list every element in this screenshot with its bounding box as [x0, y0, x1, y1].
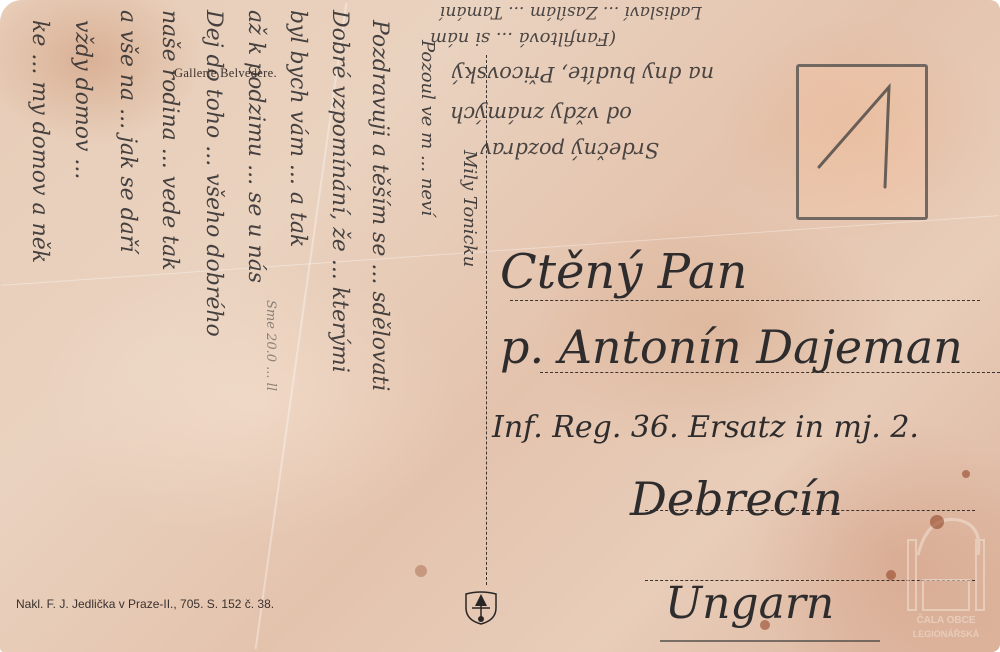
publisher-logo-icon [462, 586, 500, 626]
postcard-back: ke ... my domov a něk vždy domov ... a v… [0, 0, 1000, 652]
handwritten-column: byl bych vám ... a tak [285, 10, 310, 247]
handwritten-column: a vše na ... jak se daří [115, 10, 140, 252]
printed-caption: Gallerie Belvedere. [174, 66, 277, 81]
handwritten-column: Pozdravuji a těším se ... sdělovati [367, 20, 392, 391]
pencil-note: Sme 20.0 ... ll [263, 300, 278, 391]
divider-line [486, 55, 487, 585]
stain [886, 570, 896, 580]
legion-watermark-icon: ČALA OBCE LEGIONÁŘSKÁ [898, 505, 994, 645]
pencil-number-one [799, 67, 925, 217]
stain [962, 470, 970, 478]
handwritten-column: Dobré vzpomínání, že ... kterými [327, 10, 352, 373]
upside-down-note-line: od vždy známých [450, 102, 632, 126]
upside-down-note-line: Srdečný pozdrav [480, 138, 659, 162]
underline [660, 640, 880, 642]
address-recipient: p. Antonín Dajeman [500, 320, 963, 374]
pencil-box [796, 64, 928, 220]
handwritten-column: naše rodina ... vede tak [157, 10, 182, 271]
upside-down-note-line: na dny budíte, Přicovský [452, 62, 714, 86]
upside-down-note-line: (Fanfiltová ... si nám [430, 28, 616, 49]
publisher-imprint: Nakl. F. J. Jedlička v Praze-II., 705. S… [16, 597, 274, 611]
stain [930, 515, 944, 529]
handwritten-column: Dej do toho ... všeho dobrého [201, 10, 226, 337]
svg-text:ČALA OBCE: ČALA OBCE [916, 613, 975, 626]
address-unit: Inf. Reg. 36. Ersatz in mj. 2. [492, 410, 919, 445]
stain [760, 620, 770, 630]
margin-note: Pozoul ve m ... neví [417, 40, 438, 216]
address-salutation: Ctěný Pan [500, 244, 747, 300]
address-country: Ungarn [665, 578, 834, 629]
svg-text:LEGIONÁŘSKÁ: LEGIONÁŘSKÁ [913, 628, 980, 639]
handwritten-column: vždy domov ... [70, 20, 95, 179]
upside-down-note-line: Ladislaví ... Zasílám ... Tamání [440, 2, 702, 22]
address-line [510, 300, 980, 301]
stain [415, 565, 427, 577]
address-city: Debrecín [630, 472, 843, 526]
margin-note: Mily Tonicku [459, 150, 480, 267]
handwritten-column: až k podzimu ... se u nás [243, 10, 268, 283]
handwritten-column: ke ... my domov a něk [27, 20, 52, 263]
